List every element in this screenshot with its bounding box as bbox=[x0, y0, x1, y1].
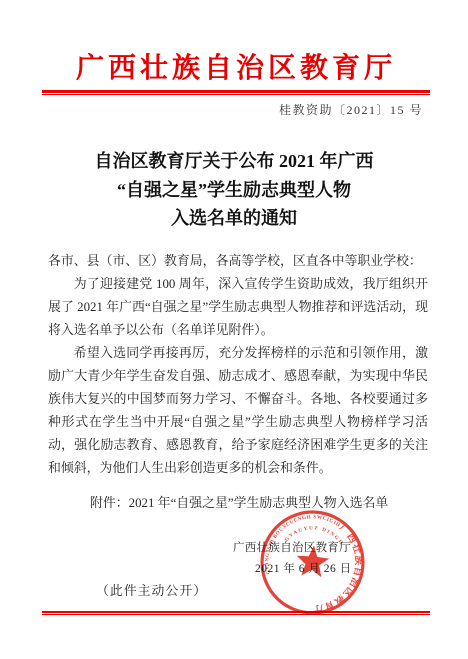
official-seal: GVANGJSIH BOUXCUENGH SWCIGIH GYAUYUZ DIN… bbox=[251, 501, 373, 623]
doc-title: 自治区教育厅关于公布 2021 年广西 “自强之星”学生励志典型人物 入选名单的… bbox=[0, 147, 468, 233]
seal-zhuang-text-outer: GVANGJSIH BOUXCUENGH SWCIGIH bbox=[263, 510, 342, 581]
svg-text:GVANGJSIH BOUXCUENGH SWCIGIH: GVANGJSIH BOUXCUENGH SWCIGIH bbox=[263, 510, 342, 581]
doc-title-line-3: 入选名单的通知 bbox=[0, 204, 468, 233]
paragraph-1: 为了迎接建党 100 周年，深入宣传学生资助成效，我厅组织开展了 2021 年广… bbox=[48, 273, 428, 342]
doc-title-line-1: 自治区教育厅关于公布 2021 年广西 bbox=[0, 147, 468, 176]
paragraph-2: 希望入选同学再接再厉，充分发挥榜样的示范和引领作用，激励广大青少年学生奋发自强、… bbox=[48, 342, 428, 480]
doc-title-line-2: “自强之星”学生励志典型人物 bbox=[0, 176, 468, 205]
footer-rule bbox=[42, 611, 430, 615]
document-page: 广西壮族自治区教育厅 桂教资助〔2021〕15 号 自治区教育厅关于公布 202… bbox=[0, 0, 468, 659]
body-text: 各市、县（市、区）教育局，各高等学校，区直各中等职业学校： 为了迎接建党 100… bbox=[48, 250, 428, 480]
seal-star-icon bbox=[295, 544, 330, 578]
header-rule bbox=[42, 90, 430, 95]
salutation-line: 各市、县（市、区）教育局，各高等学校，区直各中等职业学校： bbox=[48, 250, 428, 273]
doc-number: 桂教资助〔2021〕15 号 bbox=[279, 101, 423, 119]
public-disclosure-note: （此件主动公开） bbox=[96, 582, 207, 600]
agency-header-title: 广西壮族自治区教育厅 bbox=[0, 51, 468, 87]
